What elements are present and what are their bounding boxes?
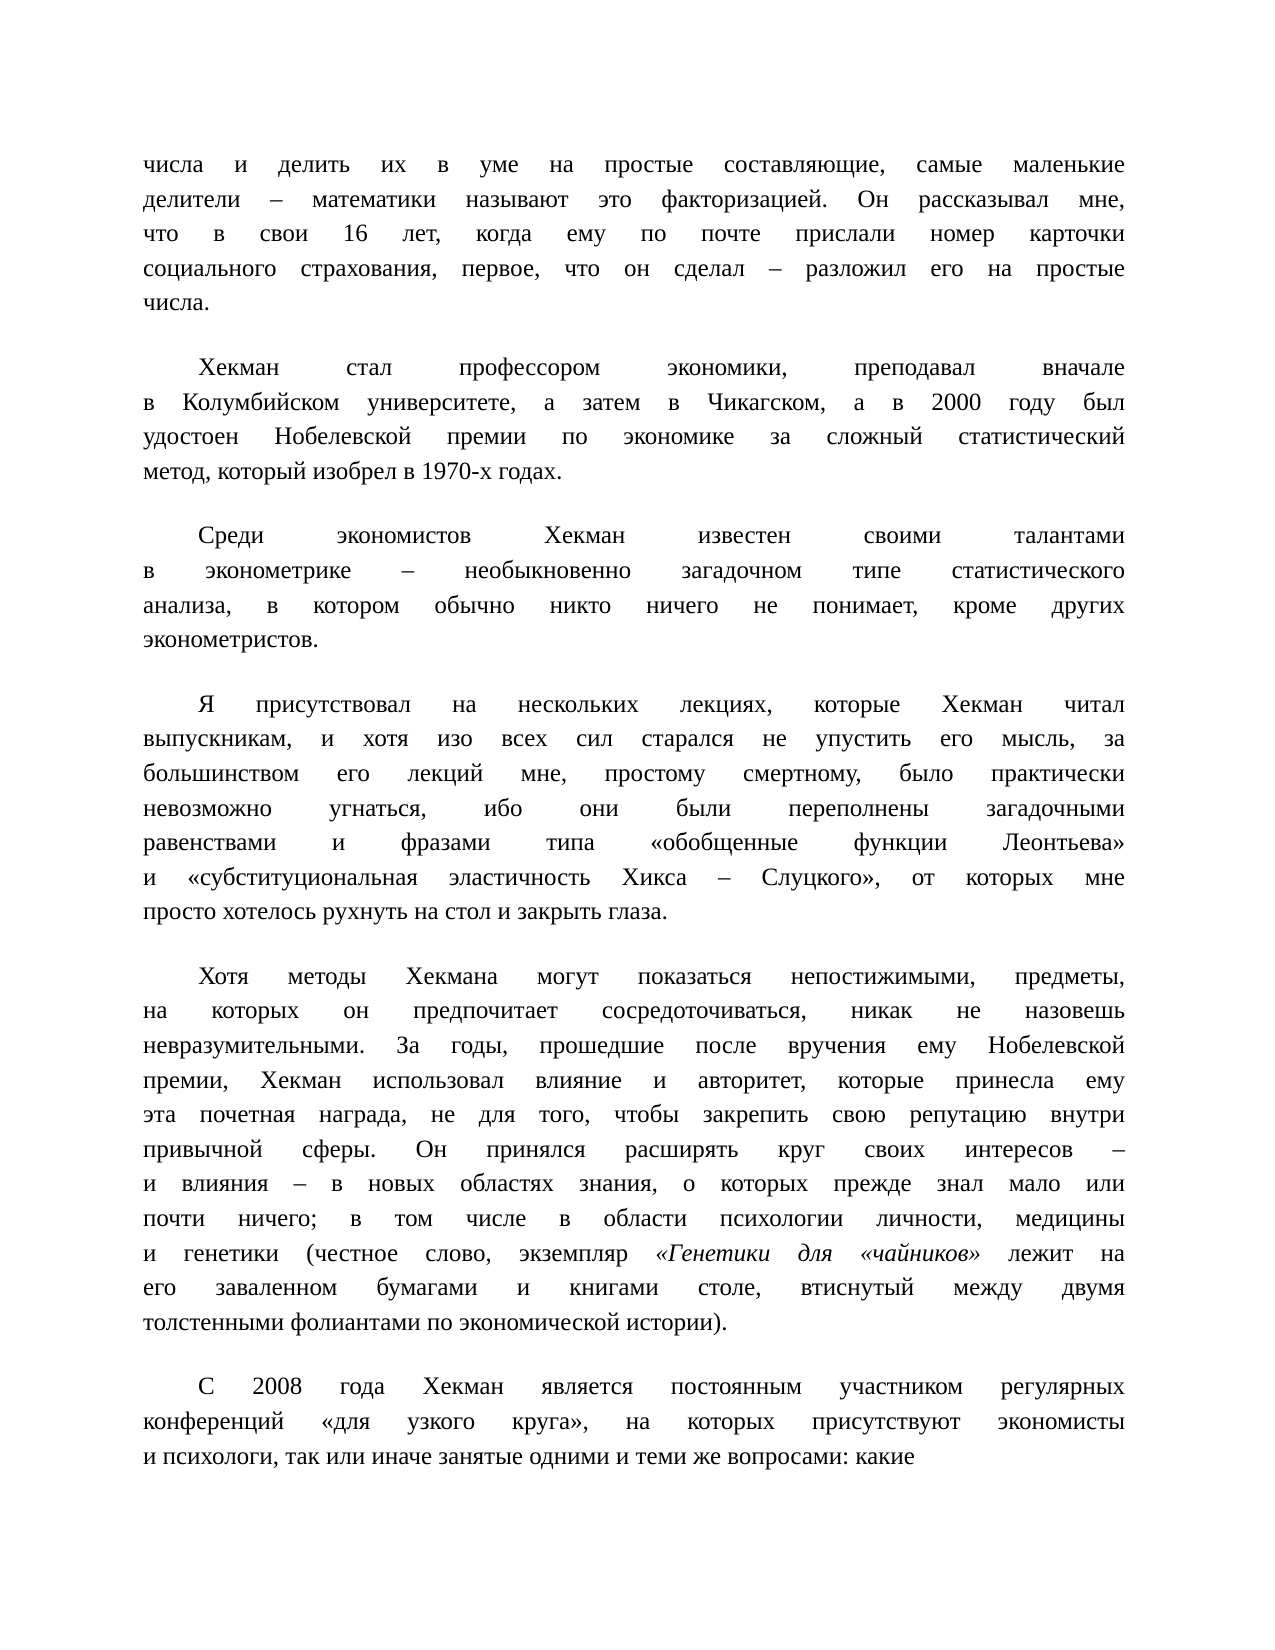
text-line: равенствами и фразами типа «обобщенные ф… <box>143 826 1125 861</box>
text-line: большинством его лекций мне, простому см… <box>143 757 1125 792</box>
text-line: метод, который изобрел в 1970-х годах. <box>143 455 1125 490</box>
text-line: почти ничего; в том числе в области псих… <box>143 1202 1125 1237</box>
text-line: и «субституциональная эластичность Хикса… <box>143 861 1125 896</box>
text-block: числа и делить их в уме на простые соста… <box>143 148 1125 1474</box>
text-line: Я присутствовал на нескольких лекциях, к… <box>143 688 1125 723</box>
text-line: эконометристов. <box>143 623 1125 658</box>
text-line: и влияния – в новых областях знания, о к… <box>143 1167 1125 1202</box>
text-line: выпускникам, и хотя изо всех сил старалс… <box>143 722 1125 757</box>
text-segment: лежит на <box>981 1240 1125 1267</box>
paragraph: Хотя методы Хекмана могут показаться неп… <box>143 960 1125 1341</box>
text-line: и психологи, так или иначе занятые одним… <box>143 1440 1125 1475</box>
text-line: привычной сферы. Он принялся расширять к… <box>143 1133 1125 1168</box>
text-line: анализа, в котором обычно никто ничего н… <box>143 589 1125 624</box>
text-line: премии, Хекман использовал влияние и авт… <box>143 1064 1125 1099</box>
text-segment: и генетики (честное слово, экземпляр <box>143 1240 655 1267</box>
text-line: С 2008 года Хекман является постоянным у… <box>143 1370 1125 1405</box>
text-line: социального страхования, первое, что он … <box>143 252 1125 287</box>
text-line: Хотя методы Хекмана могут показаться неп… <box>143 960 1125 995</box>
text-line: просто хотелось рухнуть на стол и закрыт… <box>143 895 1125 930</box>
text-line: в эконометрике – необыкновенно загадочно… <box>143 554 1125 589</box>
text-line: и генетики (честное слово, экземпляр «Ге… <box>143 1237 1125 1272</box>
text-line: Среди экономистов Хекман известен своими… <box>143 519 1125 554</box>
text-line: толстенными фолиантами по экономической … <box>143 1306 1125 1341</box>
paragraph: Хекман стал профессором экономики, препо… <box>143 351 1125 489</box>
text-line: эта почетная награда, не для того, чтобы… <box>143 1098 1125 1133</box>
text-line: в Колумбийском университете, а затем в Ч… <box>143 386 1125 421</box>
text-line: невозможно угнаться, ибо они были перепо… <box>143 792 1125 827</box>
text-line: что в свои 16 лет, когда ему по почте пр… <box>143 217 1125 252</box>
text-line: удостоен Нобелевской премии по экономике… <box>143 420 1125 455</box>
text-line: делители – математики называют это факто… <box>143 183 1125 218</box>
text-line: его заваленном бумагами и книгами столе,… <box>143 1271 1125 1306</box>
text-line: числа. <box>143 286 1125 321</box>
paragraph: числа и делить их в уме на простые соста… <box>143 148 1125 321</box>
book-title-italic: «Генетики для «чайников» <box>655 1240 981 1267</box>
text-line: на которых он предпочитает сосредоточива… <box>143 994 1125 1029</box>
text-line: Хекман стал профессором экономики, препо… <box>143 351 1125 386</box>
paragraph: С 2008 года Хекман является постоянным у… <box>143 1370 1125 1474</box>
text-line: невразумительными. За годы, прошедшие по… <box>143 1029 1125 1064</box>
text-line: числа и делить их в уме на простые соста… <box>143 148 1125 183</box>
paragraph: Я присутствовал на нескольких лекциях, к… <box>143 688 1125 930</box>
text-line: конференций «для узкого круга», на котор… <box>143 1405 1125 1440</box>
document-page: числа и делить их в уме на простые соста… <box>0 0 1275 1650</box>
paragraph: Среди экономистов Хекман известен своими… <box>143 519 1125 657</box>
